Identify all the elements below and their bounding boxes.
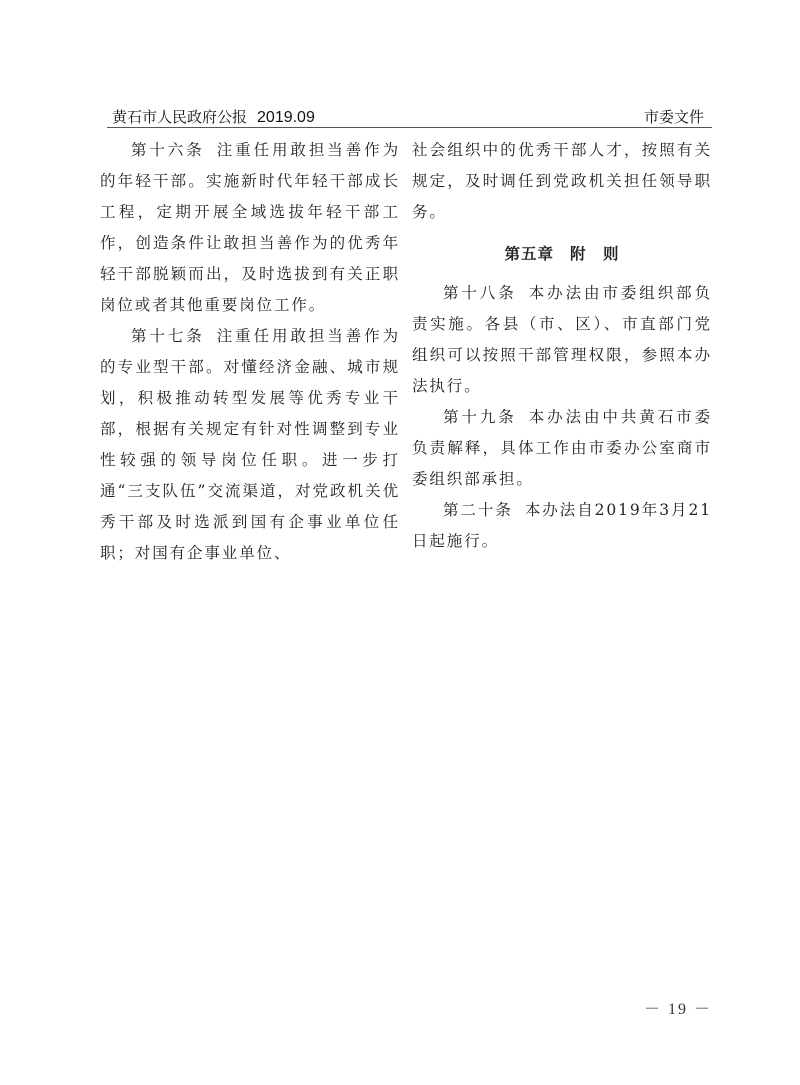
article-number: 第十六条 — [131, 141, 205, 159]
chapter-heading: 第五章附 则 — [412, 239, 712, 269]
article-number: 第十八条 — [443, 284, 517, 302]
chapter-number: 第五章 — [504, 245, 554, 263]
page-number: － 19 － — [644, 996, 712, 1019]
article-16: 第十六条注重任用敢担当善作为的年轻干部。实施新时代年轻干部成长工程，定期开展全域… — [100, 135, 400, 321]
publication-title: 黄石市人民政府公报 — [112, 108, 247, 126]
article-17-continuation: 社会组织中的优秀干部人才，按照有关规定，及时调任到党政机关担任领导职务。 — [412, 135, 712, 228]
header-publication: 黄石市人民政府公报2019.09 — [112, 106, 315, 127]
article-number: 第二十条 — [443, 501, 513, 519]
section-label: 市委文件 — [644, 106, 704, 127]
article-19: 第十九条本办法由中共黄石市委负责解释，具体工作由市委办公室商市委组织部承担。 — [412, 402, 712, 495]
left-column: 第十六条注重任用敢担当善作为的年轻干部。实施新时代年轻干部成长工程，定期开展全域… — [100, 135, 400, 569]
article-17: 第十七条注重任用敢担当善作为的专业型干部。对懂经济金融、城市规划，积极推动转型发… — [100, 321, 400, 569]
article-number: 第十九条 — [443, 408, 517, 426]
article-20: 第二十条本办法自2019年3月21日起施行。 — [412, 495, 712, 557]
header-divider — [107, 127, 712, 128]
article-number: 第十七条 — [131, 327, 205, 345]
article-text: 注重任用敢担当善作为的专业型干部。对懂经济金融、城市规划，积极推动转型发展等优秀… — [100, 327, 400, 562]
article-text: 注重任用敢担当善作为的年轻干部。实施新时代年轻干部成长工程，定期开展全域选拔年轻… — [100, 141, 400, 314]
article-18: 第十八条本办法由市委组织部负责实施。各县（市、区）、市直部门党组织可以按照干部管… — [412, 278, 712, 402]
chapter-title: 附 则 — [570, 245, 620, 263]
running-header: 黄石市人民政府公报2019.09 市委文件 — [108, 102, 710, 126]
right-column: 社会组织中的优秀干部人才，按照有关规定，及时调任到党政机关担任领导职务。 第五章… — [412, 135, 712, 557]
issue-number: 2019.09 — [257, 109, 315, 126]
